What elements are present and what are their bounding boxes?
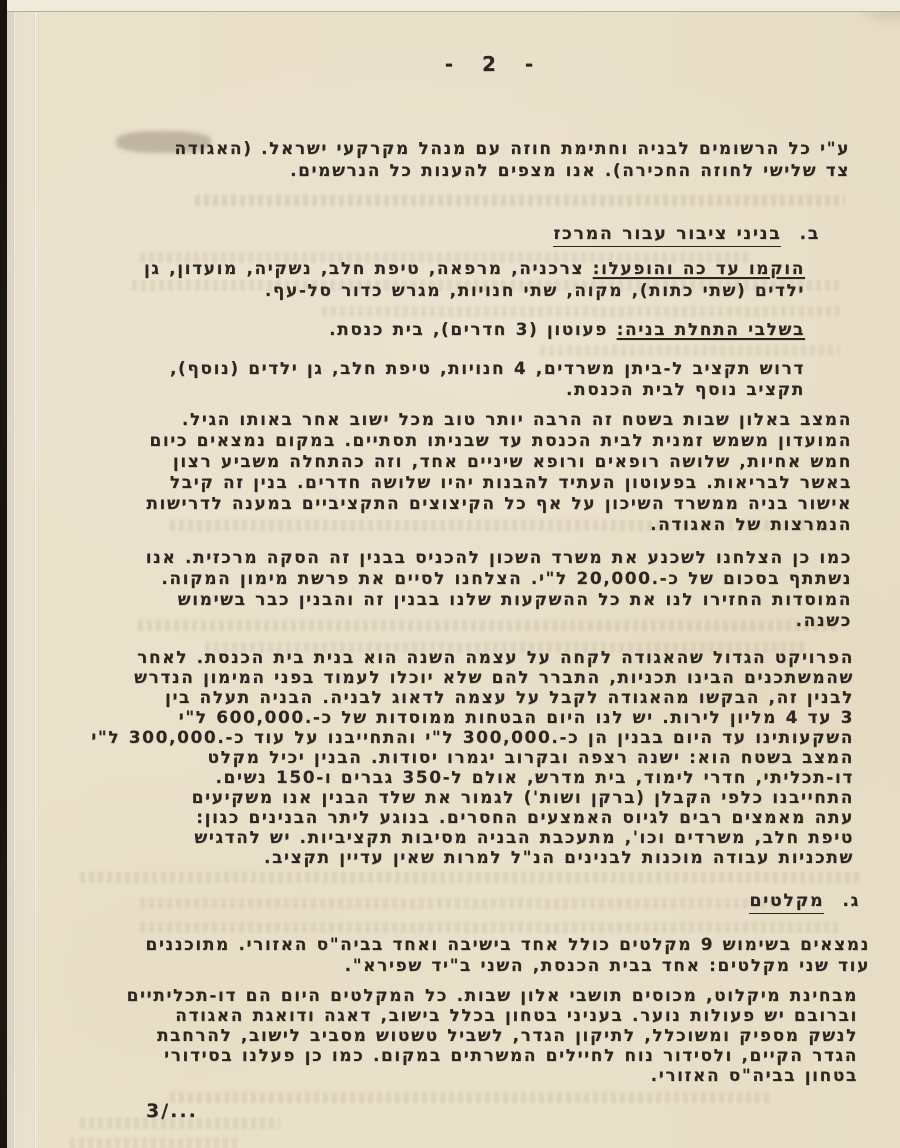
bleedthrough-line xyxy=(540,345,840,356)
text-line: ע"י כל הרשומים לבניה וחתימת חוזה עם מנהל… xyxy=(174,138,850,160)
bleedthrough-line xyxy=(170,1092,770,1103)
text-line: שתכניות עבודה מוכנות לבנינים הנ"ל למרות … xyxy=(91,848,854,868)
text-line: השקעותינו עד היום בבנין הן כ-.300,000 ל"… xyxy=(91,728,854,748)
bleedthrough-line xyxy=(322,306,842,317)
paragraph-situation: המצב באלון שבות בשטח זה הרבה יותר טוב מכ… xyxy=(146,410,852,536)
text-line: המוסדות החזירו לנו את כל ההשקעות שלנו בב… xyxy=(146,590,852,611)
section-g-heading: ג. מקלטים xyxy=(749,891,860,914)
underlined-lead: בשלבי התחלת בניה: xyxy=(617,320,805,340)
bleedthrough-line xyxy=(195,195,845,206)
text-line: וברובם יש פעולות נוער. בעניני בטחון בכלל… xyxy=(127,1006,858,1026)
paper-top-edge xyxy=(7,0,900,12)
scanned-document-page: - 2 - ע"י כל הרשומים לבניה וחתימת חוזה ע… xyxy=(0,0,900,1148)
text-line: אישור בניה ממשרד השיכון על אף כל הקיצוצי… xyxy=(146,494,852,515)
text-line: עתה מאמצים רבים לגיוס האמצעים החסרים. בנ… xyxy=(91,808,854,828)
text-line: מבחינת מיקלוט, מכוסים תושבי אלון שבות. כ… xyxy=(127,986,858,1006)
page-number: - 2 - xyxy=(370,52,610,76)
text-line: הוקמו עד כה והופעלו: צרכניה, מרפאה, טיפת… xyxy=(144,258,805,280)
bleedthrough-line xyxy=(80,872,860,883)
text-line: 3 עד 4 מליון לירות. יש לנו היום הבטחות מ… xyxy=(91,708,854,728)
paragraph-established: הוקמו עד כה והופעלו: צרכניה, מרפאה, טיפת… xyxy=(144,258,805,302)
text-line: ילדים (שתי כתות), מקוה, שתי חנויות, מגרש… xyxy=(144,280,805,302)
text-line: דו-תכליתי, חדרי לימוד, בית מדרש, אולם ל-… xyxy=(91,768,854,788)
text-line: תקציב נוסף לבית הכנסת. xyxy=(170,380,805,401)
section-b-heading: ב. בניני ציבור עבור המרכז xyxy=(553,224,820,247)
bleedthrough-line xyxy=(140,922,840,933)
line-text: צרכניה, מרפאה, טיפת חלב, נשקיה, מועדון, … xyxy=(144,259,593,279)
text-line: צד שלישי לחוזה החכירה). אנו מצפים להענות… xyxy=(174,160,850,182)
paragraph-in-construction: בשלבי התחלת בניה: פעוטון (3 חדרים), בית … xyxy=(329,320,805,341)
text-line: בשלבי התחלת בניה: פעוטון (3 חדרים), בית … xyxy=(329,320,805,341)
text-line: שהמשתכנים הבינו תכניות, התברר להם שלא יו… xyxy=(91,668,854,688)
underlined-lead: הוקמו עד כה והופעלו: xyxy=(593,259,805,279)
bleedthrough-line xyxy=(140,898,780,909)
paragraph-security: מבחינת מיקלוט, מכוסים תושבי אלון שבות. כ… xyxy=(127,986,858,1086)
line-text: פעוטון (3 חדרים), בית כנסת. xyxy=(329,320,617,340)
continuation-marker: 3/... xyxy=(146,1100,198,1122)
text-line: המועדון משמש זמנית לבית הכנסת עד שבניתו … xyxy=(146,431,852,452)
text-line: הפרויקט הגדול שהאגודה לקחה על עצמה השנה … xyxy=(91,648,854,668)
text-line: נמצאים בשימוש 9 מקלטים כולל אחד בישיבה ו… xyxy=(146,935,870,956)
text-line: הנמרצות של האגודה. xyxy=(146,515,852,536)
text-line: לנשק מספיק ומשוכלל, לתיקון הגדר, לשביל ט… xyxy=(127,1026,858,1046)
text-line: כמו כן הצלחנו לשכנע את משרד השכון להכניס… xyxy=(146,548,852,569)
section-b-title: בניני ציבור עבור המרכז xyxy=(553,224,781,247)
paragraph-shelters: נמצאים בשימוש 9 מקלטים כולל אחד בישיבה ו… xyxy=(146,935,870,977)
paragraph-budget-needed: דרוש תקציב ל-ביתן משרדים, 4 חנויות, טיפת… xyxy=(170,359,805,401)
text-line: בטחון בביה"ס האזורי. xyxy=(127,1066,858,1086)
paragraph-synagogue: הפרויקט הגדול שהאגודה לקחה על עצמה השנה … xyxy=(91,648,854,868)
text-line: באשר לבריאות. בפעוטון העתיד להבנות יהיו … xyxy=(146,473,852,494)
text-line: הגדר הקיים, ולסידור נוח לחיילים המשרתים … xyxy=(127,1046,858,1066)
text-line: המצב באלון שבות בשטח זה הרבה יותר טוב מכ… xyxy=(146,410,852,431)
text-line: עוד שני מקלטים: אחד בבית הכנסת, השני ב"י… xyxy=(146,956,870,977)
text-line: חמש אחיות, שלושה רופאים ורופא שיניים אחד… xyxy=(146,452,852,473)
section-b-label: ב. xyxy=(799,224,820,247)
text-line: התחייבנו כלפי הקבלן (ברקן ושות') לגמור א… xyxy=(91,788,854,808)
paragraph-intro: ע"י כל הרשומים לבניה וחתימת חוזה עם מנהל… xyxy=(174,138,850,182)
text-line: לבנין זה, הבקשו מהאגודה לקבל על עצמה לדא… xyxy=(91,688,854,708)
text-line: דרוש תקציב ל-ביתן משרדים, 4 חנויות, טיפת… xyxy=(170,359,805,380)
text-line: כשנה. xyxy=(146,611,852,632)
section-g-label: ג. xyxy=(842,891,860,914)
text-line: המצב בשטח הוא: ישנה רצפה ובקרוב יגמרו יס… xyxy=(91,748,854,768)
paragraph-heating: כמו כן הצלחנו לשכנע את משרד השכון להכניס… xyxy=(146,548,852,632)
text-line: טיפת חלב, משרדים וכו', מתעכבת הבניה מסיב… xyxy=(91,828,854,848)
bleedthrough-line xyxy=(70,1138,240,1148)
section-g-title: מקלטים xyxy=(749,891,824,914)
text-line: נשתתף בסכום של כ-.20,000 ל"י. הצלחנו לסי… xyxy=(146,569,852,590)
